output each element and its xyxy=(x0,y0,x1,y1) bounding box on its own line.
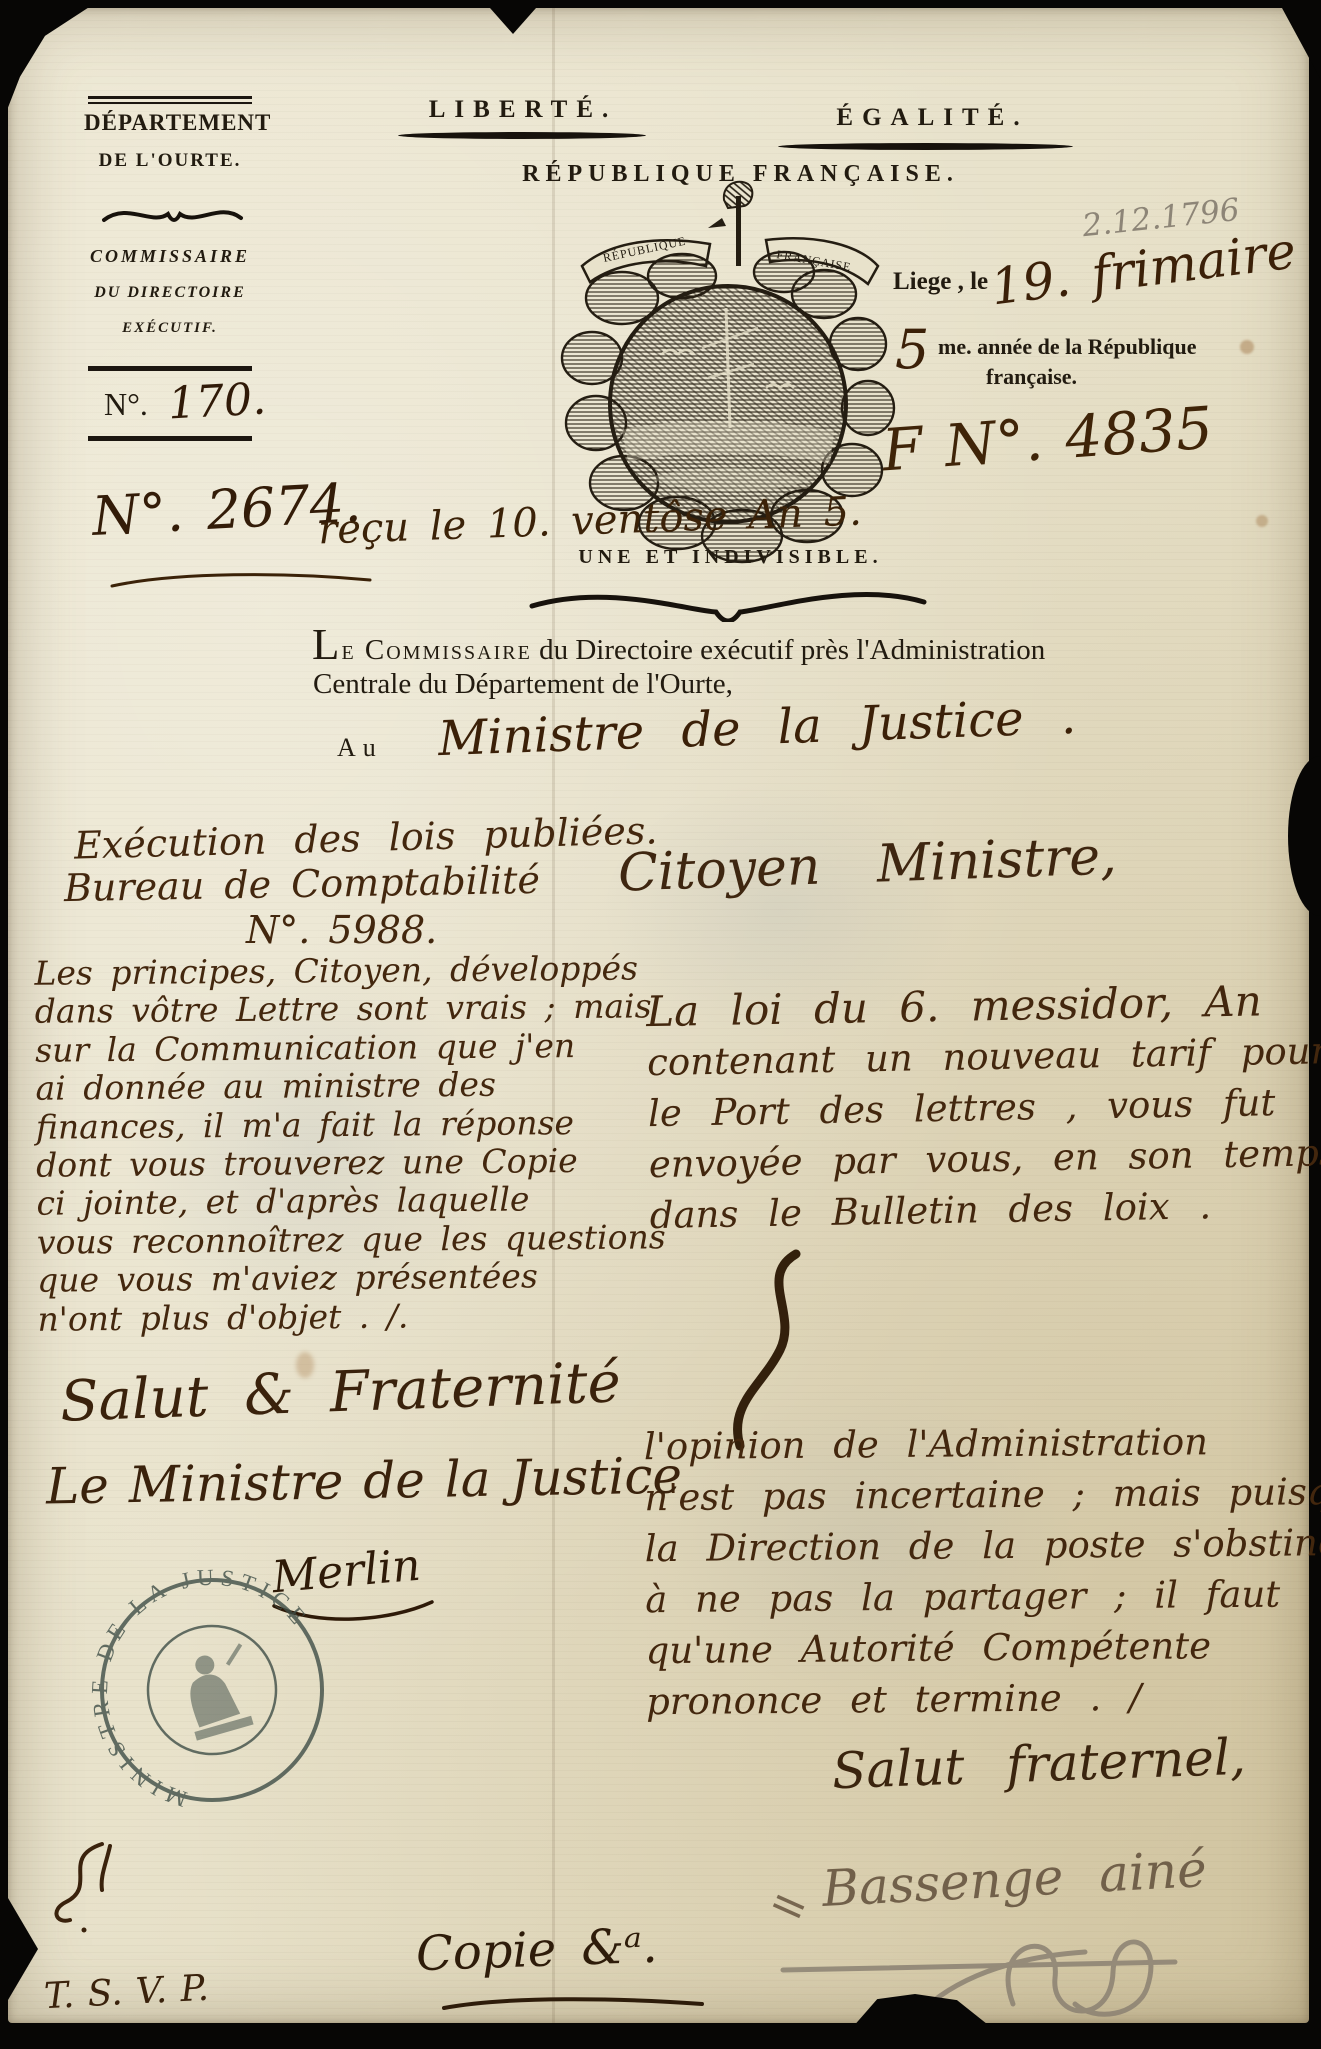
left-paragraph-line: ai donnée au ministre des xyxy=(35,1064,664,1108)
motto-egalite: ÉGALITÉ. xyxy=(790,104,1075,132)
motto-liberte: LIBERTÉ. xyxy=(398,96,648,124)
copie-underline-flourish xyxy=(438,1992,708,2018)
closing-left-line2: Le Ministre de la Justice xyxy=(46,1446,683,1515)
dossier-number-label: N°. xyxy=(104,386,148,423)
dateline-place: Liege , le xyxy=(893,268,988,296)
right-paragraph2-line: la Direction de la poste s'obstine xyxy=(645,1517,1321,1574)
dossier-number-value: 170. xyxy=(167,373,268,429)
left-body-paragraph: Les principes, Citoyen, développés dans … xyxy=(34,949,666,1339)
margin-paraph-mark xyxy=(40,1836,126,1936)
addressee-printed: Au xyxy=(337,733,383,763)
left-paragraph-line: dont vous trouverez une Copie xyxy=(36,1141,665,1185)
number-box-rule-bottom xyxy=(88,436,252,441)
document-scan: DÉPARTEMENT DE L'OURTE. COMMISSAIRE DU D… xyxy=(0,0,1321,2049)
right-paragraph2-line: à ne pas la partager ; il faut xyxy=(645,1568,1321,1625)
subject-line2: Bureau de Comptabilité xyxy=(64,858,541,910)
dateline-year-printed2: française. xyxy=(986,364,1077,390)
motto-une-et-indivisible: UNE ET INDIVISIBLE. xyxy=(518,546,943,569)
brace-flourish-large xyxy=(526,582,931,622)
office-title: COMMISSAIRE xyxy=(84,246,256,267)
subject-line3: N°. 5988. xyxy=(246,908,437,952)
letterhead-rule xyxy=(88,96,252,99)
brace-flourish xyxy=(100,204,245,230)
heading-lead: Le Commissaire xyxy=(312,618,532,670)
left-paragraph-line: vous reconnoîtrez que les questions xyxy=(37,1218,666,1262)
right-body-paragraph2: l'opinion de l'Administration n'est pas … xyxy=(644,1415,1321,1727)
left-paragraph-line: que vous m'aviez présentées xyxy=(37,1257,666,1301)
letterhead-rule xyxy=(88,102,252,104)
right-paragraph2-line: prononce et termine . / xyxy=(646,1670,1321,1727)
heading-line1: Le Commissaire du Directoire exécutif pr… xyxy=(312,618,1045,670)
right-body-paragraph1: La loi du 6. messidor, An contenant un n… xyxy=(646,974,1321,1241)
office-title-line3: EXÉCUTIF. xyxy=(84,320,256,337)
department-name-line2: DE L'OURTE. xyxy=(88,150,252,172)
left-paragraph-line: ci jointe, et d'après laquelle xyxy=(36,1180,665,1224)
received-underline-flourish xyxy=(106,566,376,594)
right-paragraph2-line: l'opinion de l'Administration xyxy=(644,1415,1321,1472)
dateline-year-digit: 5 xyxy=(895,318,929,381)
number-box-rule-top xyxy=(88,366,252,371)
heading-line2: Centrale du Département de l'Ourte, xyxy=(313,668,733,701)
left-paragraph-line: dans vôtre Lettre sont vrais ; mais xyxy=(35,988,664,1032)
heading-line1-rest: du Directoire exécutif près l'Administra… xyxy=(539,634,1045,666)
swell-rule-liberte xyxy=(398,132,646,139)
swell-rule-egalite xyxy=(778,143,1073,150)
tsvp-note: T. S. V. P. xyxy=(43,1968,210,2018)
dateline-year-printed: me. année de la République xyxy=(938,334,1197,360)
office-title-line2: DU DIRECTOIRE xyxy=(84,284,256,302)
copie-note: Copie &ᵃ. xyxy=(415,1918,658,1982)
right-paragraph2-line: qu'une Autorité Compétente xyxy=(645,1619,1321,1676)
department-name: DÉPARTEMENT xyxy=(84,110,256,136)
right-paragraph2-line: n'est pas incertaine ; mais puisque xyxy=(644,1466,1321,1523)
left-paragraph-line: n'ont plus d'objet . /. xyxy=(37,1295,666,1339)
left-paragraph-line: sur la Communication que j'en xyxy=(35,1026,664,1070)
